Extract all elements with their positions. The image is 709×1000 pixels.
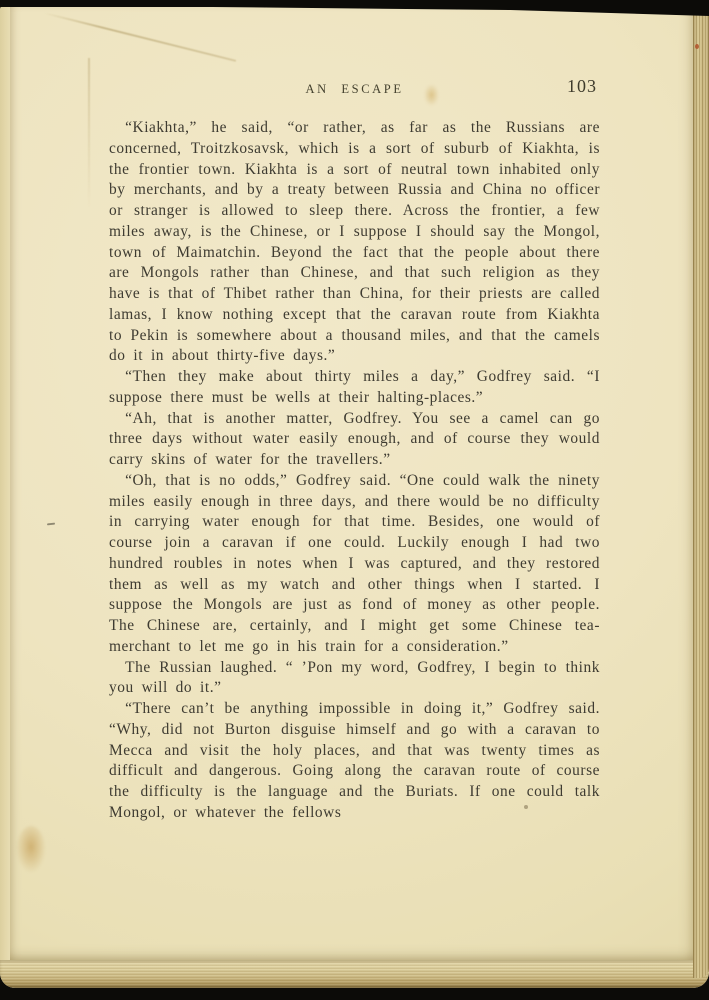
edge-speck bbox=[695, 44, 699, 49]
body-text: “Kiakhta,” he said, “or rather, as far a… bbox=[109, 118, 600, 824]
printed-content: AN ESCAPE 103 “Kiakhta,” he said, “or ra… bbox=[109, 76, 600, 824]
foxing-stain bbox=[16, 826, 46, 878]
scanned-book-page: { "document": { "kind": "scanned book pa… bbox=[0, 0, 709, 1000]
paper-crease bbox=[88, 58, 90, 208]
running-head: AN ESCAPE 103 bbox=[109, 76, 600, 102]
page-number: 103 bbox=[567, 76, 597, 97]
body-paragraph: “Then they make about thirty miles a day… bbox=[109, 367, 600, 409]
body-paragraph: “There can’t be anything impossible in d… bbox=[109, 699, 600, 824]
running-title: AN ESCAPE bbox=[109, 82, 600, 97]
body-paragraph: “Oh, that is no odds,” Godfrey said. “On… bbox=[109, 471, 600, 658]
book-page: AN ESCAPE 103 “Kiakhta,” he said, “or ra… bbox=[0, 6, 709, 988]
fore-edge-pages-bottom bbox=[0, 960, 709, 988]
body-paragraph: “Kiakhta,” he said, “or rather, as far a… bbox=[109, 118, 600, 367]
fore-edge-pages-right bbox=[693, 6, 709, 978]
body-paragraph: “Ah, that is another matter, Godfrey. Yo… bbox=[109, 409, 600, 471]
body-paragraph: The Russian laughed. “ ’Pon my word, God… bbox=[109, 658, 600, 700]
